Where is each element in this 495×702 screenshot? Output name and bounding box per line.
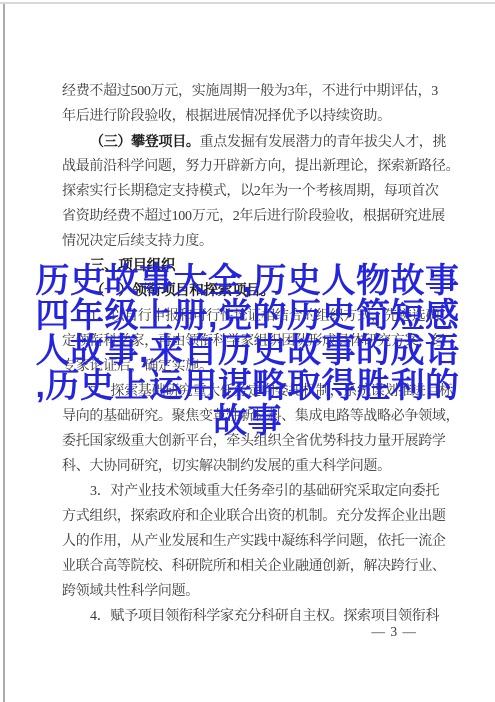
document-line: 3．对产业技术领域重大任务牵引的基础研究采取定向委托 (62, 479, 434, 504)
document-line: （三）攀登项目。重点发掘有发展潜力的青年拔尖人才，挑 (62, 129, 434, 154)
overlay-title-line: ,历史上运用谋略取得胜利的 (0, 369, 495, 404)
document-line-bold-prefix: （三）攀登项目。 (90, 133, 200, 149)
document-line: 情况决定后续支持力度。 (62, 229, 434, 254)
document-line: 科、大协同研究，切实解决制约发展的重大科学问题。 (62, 454, 434, 479)
page-top-edge-line (0, 2, 495, 4)
document-line: 业联合高等院校、科研院所和相关企业融通创新，解决跨行业、 (62, 554, 434, 579)
document-line: 探索实行长期稳定支持模式，以2年为一个考核周期，每项首次 (62, 179, 434, 204)
overlay-title-line: 故事 (0, 404, 495, 439)
document-line: 战最前沿科学问题，努力开辟新方向，提出新理论，探索新路径。 (62, 154, 434, 179)
overlay-title-line: 四年级上册,党的历史简短感 (0, 299, 495, 334)
document-line: 经费不超过500万元，实施周期一般为3年，不进行中期评估，3 (62, 79, 434, 104)
scanned-document-page: 经费不超过500万元，实施周期一般为3年，不进行中期评估，3年后进行阶段验收，根… (0, 0, 495, 702)
document-line: 方式组织，探索政府和企业联合出资的机制。充分发挥企业出题 (62, 504, 434, 529)
document-line: 跨领域共性科学问题。 (62, 579, 434, 604)
document-line: 年后进行阶段验收，根据进展情况择优予以持续资助。 (62, 104, 434, 129)
overlay-title-line: 人故事,来自历史故事的成语 (0, 334, 495, 369)
page-number: — 3 — (372, 624, 418, 640)
document-line-text: 重点发掘有发展潜力的青年拔尖人才，挑 (200, 135, 447, 150)
document-line: 人的作用，从产业发展和生产实践中凝练科学问题，依托一流企 (62, 529, 434, 554)
overlay-title: 历史故事大全,历史人物故事四年级上册,党的历史简短感人故事,来自历史故事的成语,… (0, 264, 495, 439)
document-line: 省资助经费不超过100万元，2年后进行阶段验收，根据研究进展 (62, 204, 434, 229)
overlay-title-line: 历史故事大全,历史人物故事 (0, 264, 495, 299)
